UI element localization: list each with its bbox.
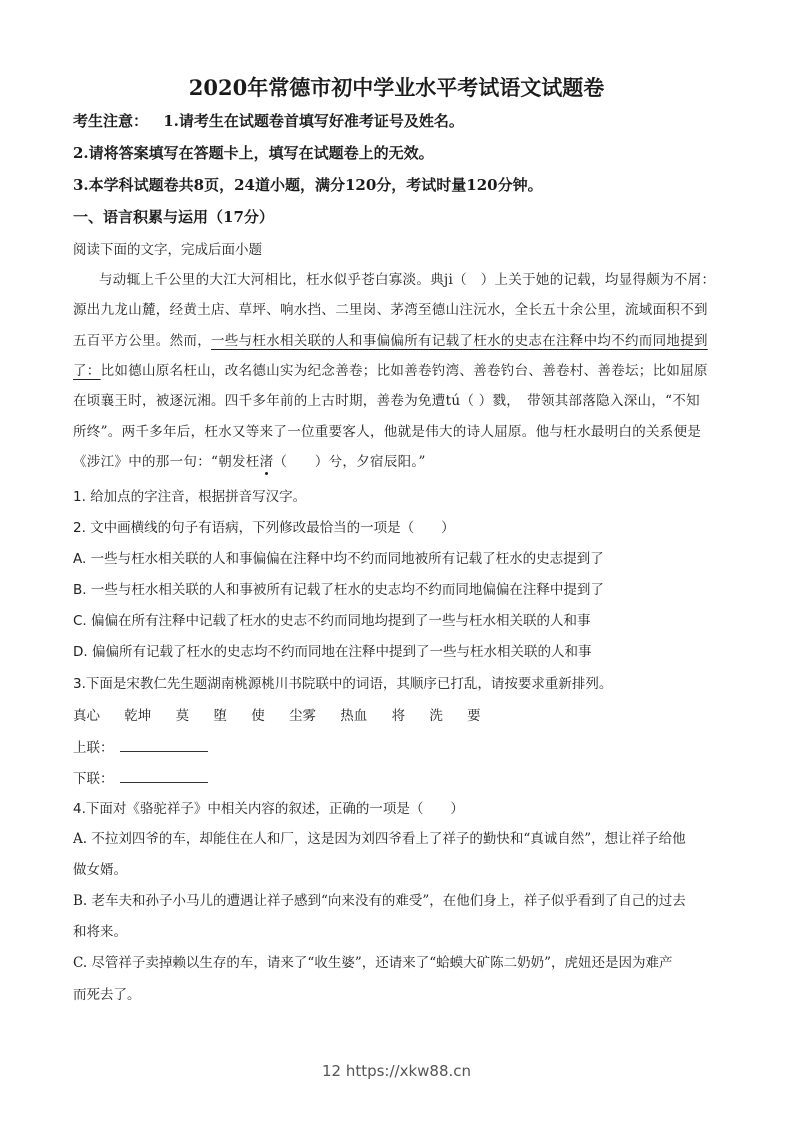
page-title: 2020年常德市初中学业水平考试语文试题卷	[0, 72, 793, 102]
passage-line-1: 与动辄上千公里的大江大河相比，枉水似乎苍白寡淡。典ji（ ）上关于她的记载，均显…	[99, 268, 715, 288]
notice-line-1: 考生注意： 1.请考生在试题卷首填写好准考证号及姓名。	[73, 110, 464, 131]
notice-item-3: 3.本学科试题卷共8页，24道小题，满分120分，考试时量120分钟。	[73, 174, 543, 195]
lower-couplet-blank[interactable]	[120, 770, 208, 783]
underlined-sentence: 一些与枉水相关联的人和事偏偏所有记载了枉水的史志在注释中均不约而同地提到	[211, 333, 708, 349]
passage-line-7: 《涉江》中的那一句：“朝发枉渚（ ）兮，夕宿辰阳。”	[73, 450, 426, 470]
passage-text: 《涉江》中的那一句：“朝发枉	[73, 454, 260, 470]
passage-text: 五百平方公里。然而，	[73, 333, 211, 349]
section-instruction: 阅读下面的文字，完成后面小题	[73, 238, 262, 258]
question-2: 2. 文中画横线的句子有语病，下列修改最恰当的一项是（ ）	[73, 516, 455, 536]
q2-option-b: B. 一些与枉水相关联的人和事被所有记载了枉水的史志均不约而同地偏偏在注释中提到…	[73, 578, 604, 598]
q4-option-b-line-1: B. 老车夫和孙子小马儿的遭遇让祥子感到“向来没有的难受”，在他们身上，祥子似乎…	[73, 889, 686, 909]
q2-option-c: C. 偏偏在所有注释中记载了枉水的史志不约而同地均提到了一些与枉水相关联的人和事	[73, 609, 591, 629]
question-4: 4.下面对《骆驼祥子》中相关内容的叙述，正确的一项是（ ）	[73, 797, 464, 817]
q4-option-c-line-1: C. 尽管祥子卖掉赖以生存的车，请来了“收生婆”，还请来了“蛤蟆大矿陈二奶奶”，…	[73, 951, 673, 971]
q2-option-d: D. 偏偏所有记载了枉水的史志均不约而同地在注释中提到了一些与枉水相关联的人和事	[73, 640, 591, 660]
upper-couplet-label: 上联：	[73, 740, 114, 756]
question-1: 1. 给加点的字注音，根据拼音写汉字。	[73, 485, 306, 505]
q3-word: 使	[251, 708, 265, 724]
q3-lower-couplet: 下联：	[73, 767, 208, 787]
page-footer: 12 https://xkw88.cn	[0, 1062, 793, 1080]
q3-word: 要	[467, 708, 481, 724]
q3-word: 乾坤	[124, 708, 151, 724]
passage-text: 比如德山原名枉山，改名德山实为纪念善卷；比如善卷钓湾、善卷钓台、善卷村、善卷坛；…	[101, 363, 708, 379]
passage-line-6: 所终”。两千多年后，枉水又等来了一位重要客人，他就是伟大的诗人屈原。他与枉水最明…	[73, 420, 701, 440]
q3-word-list: 真心 乾坤 莫 堕 使 尘雾 热血 将 洗 要	[73, 704, 501, 724]
exam-page: 2020年常德市初中学业水平考试语文试题卷 考生注意： 1.请考生在试题卷首填写…	[0, 0, 793, 1122]
notice-item-2: 2.请将答案填写在答题卡上，填写在试题卷上的无效。	[73, 142, 434, 163]
question-3: 3.下面是宋教仁先生题湖南桃源桃川书院联中的词语，其顺序已打乱，请按要求重新排列…	[73, 672, 612, 692]
q3-word: 将	[392, 708, 406, 724]
passage-line-2: 源出九龙山麓，经黄土店、草坪、响水挡、二里岗、茅湾至德山注沅水，全长五十余公里，…	[73, 298, 708, 318]
passage-line-5: 在顷襄王时，被逐沅湘。四千多年前的上古时期，善卷为免遭tú（ ）戮， 带领其部落…	[73, 389, 700, 409]
section-heading: 一、语言积累与运用（17分）	[73, 206, 274, 227]
lower-couplet-label: 下联：	[73, 771, 114, 787]
q3-word: 尘雾	[289, 708, 316, 724]
q4-option-a-line-2: 做女婿。	[73, 858, 127, 878]
q4-option-c-line-2: 而死去了。	[73, 983, 141, 1003]
passage-line-3: 五百平方公里。然而，一些与枉水相关联的人和事偏偏所有记载了枉水的史志在注释中均不…	[73, 329, 708, 349]
notice-item-1: 1.请考生在试题卷首填写好准考证号及姓名。	[163, 112, 464, 130]
q2-option-a: A. 一些与枉水相关联的人和事偏偏在注释中均不约而同地被所有记载了枉水的史志提到…	[73, 547, 604, 567]
notice-label: 考生注意：	[73, 112, 148, 130]
underlined-sentence-end: 了：	[73, 363, 101, 379]
upper-couplet-blank[interactable]	[120, 739, 208, 752]
passage-line-4: 了：比如德山原名枉山，改名德山实为纪念善卷；比如善卷钓湾、善卷钓台、善卷村、善卷…	[73, 359, 708, 379]
q4-option-b-line-2: 和将来。	[73, 920, 127, 940]
dotted-character: 渚	[260, 454, 274, 470]
q3-upper-couplet: 上联：	[73, 736, 208, 756]
q3-word: 真心	[73, 708, 100, 724]
q3-word: 热血	[340, 708, 367, 724]
q3-word: 堕	[213, 708, 227, 724]
q3-word: 洗	[429, 708, 443, 724]
q4-option-a-line-1: A. 不拉刘四爷的车，却能住在人和厂，这是因为刘四爷看上了祥子的勤快和“真诚自然…	[73, 827, 686, 847]
passage-text: （ ）兮，夕宿辰阳。”	[273, 454, 425, 470]
q3-word: 莫	[176, 708, 190, 724]
